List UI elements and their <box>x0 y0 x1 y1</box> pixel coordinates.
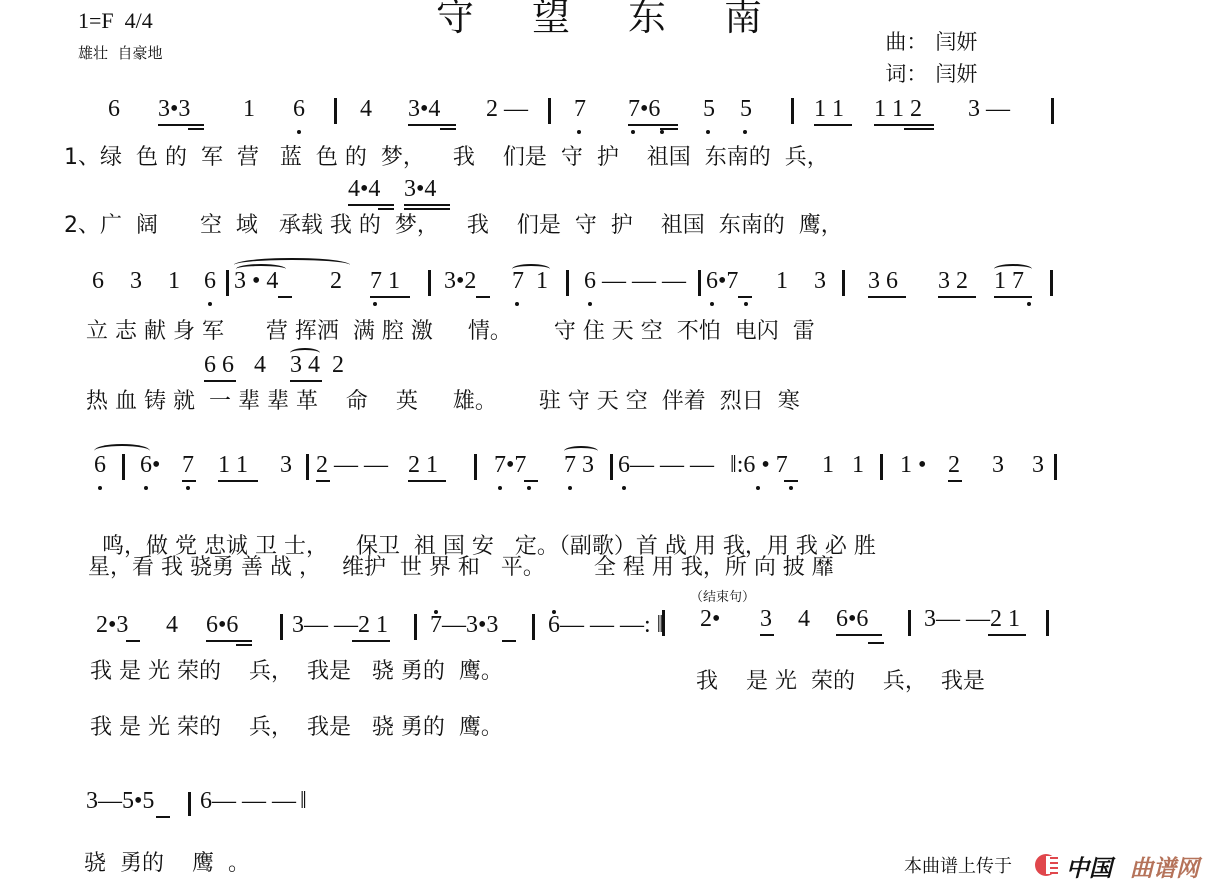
logo-text-china: 中国 <box>1066 850 1112 883</box>
note: 3— —2 1 <box>924 606 1020 633</box>
notation-line-4: 2•3 4 6•6 3— —2 1 7—3•3 6— — —: ‖ <box>96 612 676 646</box>
note: 6— — — <box>200 788 296 815</box>
notation-line-5: 3—5•5 6— — — ‖ <box>86 788 326 822</box>
note: 4 <box>360 96 372 123</box>
logo-mark-icon <box>1034 852 1064 878</box>
note: 1 1 <box>814 96 844 123</box>
note: 6— — —: ‖ <box>548 612 663 639</box>
note: 3 4 <box>290 352 320 379</box>
note: 2•3 <box>96 612 128 639</box>
note: 2 <box>948 452 960 479</box>
lyrics-verse-1-line-2: 立 志 献 身 军 营 挥洒 满 腔 激 情。 守 住 天 空 不怕 电闪 雷 <box>86 314 815 345</box>
lyrics-verse-2-line-2: 热 血 铸 就 一 辈 辈 革 命 英 雄。 驻 守 天 空 伴着 烈日 寒 <box>86 384 800 415</box>
note: 6 <box>204 268 216 295</box>
note: 6 <box>293 96 305 123</box>
note: 2 <box>330 268 342 295</box>
lyrics-verse-1-line-4: 我 是 光 荣的 兵， 我是 骁 勇的 鹰。 <box>90 654 503 685</box>
note: 6 <box>92 268 104 295</box>
ending-lyrics: 我 是 光 荣的 兵， 我是 <box>696 664 985 695</box>
note: 3•2 <box>444 268 476 295</box>
note: 3 <box>760 606 772 633</box>
note: 3•4 <box>404 176 436 203</box>
note: 3 6 <box>868 268 898 295</box>
tempo-marking: 雄壮 自豪地 <box>78 42 163 63</box>
ending-notation: 2• 3 4 6•6 3— —2 1 <box>662 606 1062 640</box>
note: 3•3 <box>158 96 190 123</box>
note: 3 <box>130 268 142 295</box>
note: 3 <box>280 452 292 479</box>
note: 2 <box>332 352 344 379</box>
notation-line-1: 6 3•3 1 6 4 3•4 2 — 7 7•6 5 5 1 1 1 1 2 … <box>108 96 1068 130</box>
note: 4•4 <box>348 176 380 203</box>
note: 2 — <box>486 96 528 123</box>
lyrics-line-5: 骁 勇的 鹰 。 <box>84 846 250 877</box>
note: 1 • <box>900 452 926 479</box>
variant-notes-line-2: 6 6 4 3 4 2 <box>204 352 216 386</box>
note: 1 7 <box>994 268 1024 295</box>
song-title: 守望东南 <box>436 0 820 41</box>
note: 3 2 <box>938 268 968 295</box>
note: 3 — <box>968 96 1010 123</box>
note: 3— —2 1 <box>292 612 388 639</box>
note: 3 <box>814 268 826 295</box>
note: 7 <box>182 452 194 479</box>
note: 6 — — — <box>584 268 686 295</box>
final-barline: ‖ <box>300 788 307 815</box>
note: 4 <box>254 352 266 379</box>
lyricist-name: 闫妍 <box>935 62 977 86</box>
lyricist-label: 词： <box>885 62 927 86</box>
note: 1 <box>243 96 255 123</box>
note: 1 <box>776 268 788 295</box>
note: 6• <box>140 452 160 479</box>
note: 6 <box>94 452 106 479</box>
note: 2 1 <box>408 452 438 479</box>
logo-text-qupu: 曲谱网 <box>1130 850 1199 883</box>
note: 6•6 <box>206 612 238 639</box>
note: 3 <box>992 452 1004 479</box>
note: 3•4 <box>408 96 440 123</box>
lyricist-credit: 词：闫妍 <box>872 34 977 88</box>
note: 7 3 <box>564 452 594 479</box>
note: 4 <box>166 612 178 639</box>
note: 7 1 <box>512 268 548 295</box>
note: 6 <box>108 96 120 123</box>
lyrics-verse-2-line-1: 2、广 阔 空 域 承载 我 的 梦， 我 们是 守 护 祖国 东南的 鹰， <box>64 208 843 239</box>
note: 6— — — <box>618 452 714 479</box>
note: 1 1 <box>822 452 864 479</box>
notation-line-2: 6 3 1 6 3 • 4 2 7 1 3•2 7 1 6 — — — 6•7 … <box>92 268 1072 302</box>
note: 3 <box>1032 452 1044 479</box>
key-and-meter: 1=F 4/4 <box>78 8 153 34</box>
ending-phrase-label: （结束句） <box>690 586 755 605</box>
note: 7 <box>574 96 586 123</box>
lyrics-verse-1-line-1: 1、绿 色 的 军 营 蓝 色 的 梦， 我 们是 守 护 祖国 东南的 兵， <box>64 140 829 171</box>
note: 6•6 <box>836 606 868 633</box>
lyrics-verse-2-line-3: 星，看 我 骁勇 善 战 ， 维护 世 界 和 平。 全 程 用 我，所 向 披… <box>88 550 834 581</box>
notation-line-3: 6 6• 7 1 1 3 2 — — 2 1 7•7 7 3 6— — — ‖:… <box>92 452 1072 486</box>
note: 7•6 <box>628 96 660 123</box>
note: 5 <box>740 96 752 123</box>
note: 7—3•3 <box>430 612 498 639</box>
note: 6 6 <box>204 352 234 379</box>
note: 2• <box>700 606 720 633</box>
lyrics-verse-2-line-4: 我 是 光 荣的 兵， 我是 骁 勇的 鹰。 <box>90 710 503 741</box>
note: 7 1 <box>370 268 400 295</box>
note: 3—5•5 <box>86 788 154 815</box>
note: 1 1 2 <box>874 96 922 123</box>
note: 6•7 <box>706 268 738 295</box>
variant-notes-line-1: 4•4 3•4 <box>348 176 360 210</box>
note: 4 <box>798 606 810 633</box>
repeat-start: ‖:6 • 7 <box>730 452 788 479</box>
upload-credit-text: 本曲谱上传于 <box>904 852 1012 878</box>
note: 7•7 <box>494 452 526 479</box>
note: 5 <box>703 96 715 123</box>
note: 3 • 4 <box>234 268 278 295</box>
note: 1 <box>168 268 180 295</box>
site-logo[interactable]: 中国 曲谱网 <box>1034 850 1220 880</box>
note: 1 1 <box>218 452 248 479</box>
note: 2 — — <box>316 452 388 479</box>
